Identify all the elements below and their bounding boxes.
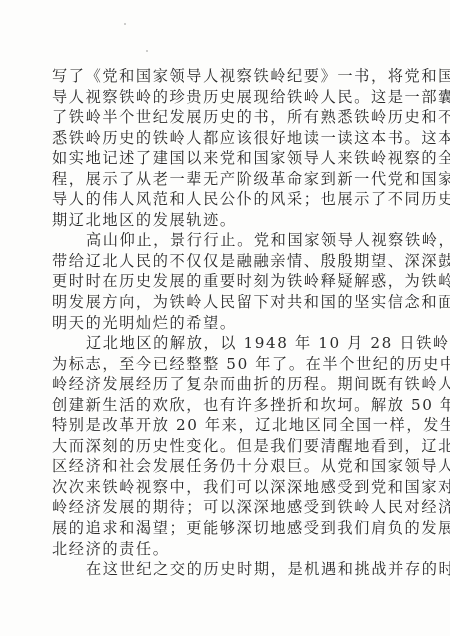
- text-line: 明发展方向，为铁岭人民留下对共和国的坚实信念和面向: [52, 292, 396, 313]
- text-line: 程，展示了从老一辈无产阶级革命家到新一代党和国家领: [52, 169, 396, 190]
- paragraph-1: 写了《党和国家领导人视察铁岭纪要》一书，将党和国家领 导人视察铁岭的珍贵历史展现…: [52, 66, 396, 230]
- text-line: 带给辽北人民的不仅仅是融融亲情、殷殷期望、深深鼓舞，: [52, 251, 396, 272]
- text-line: 辽北地区的解放，以 1948 年 10 月 28 日铁岭县城解放: [52, 333, 396, 354]
- document-body: 写了《党和国家领导人视察铁岭纪要》一书，将党和国家领 导人视察铁岭的珍贵历史展现…: [52, 66, 396, 580]
- text-line: 展的追求和渴望；更能够深切地感受到我们肩负的发展辽: [52, 518, 396, 539]
- text-line: 期辽北地区的发展轨迹。: [52, 210, 396, 231]
- text-line: 大而深刻的历史性变化。但是我们要清醒地看到，辽北地: [52, 436, 396, 457]
- text-line: 岭经济发展的期待；可以深深地感受到铁岭人民对经济发: [52, 497, 396, 518]
- text-line: 明天的光明灿烂的希望。: [52, 313, 396, 334]
- text-line: 特别是改革开放 20 年来，辽北地区同全国一样，发生了巨: [52, 415, 396, 436]
- text-line: 导人视察铁岭的珍贵历史展现给铁岭人民。这是一部囊括: [52, 87, 396, 108]
- text-line: 如实地记述了建国以来党和国家领导人来铁岭视察的全过: [52, 148, 396, 169]
- text-line: 导人的伟人风范和人民公仆的风采；也展示了不同历史时: [52, 189, 396, 210]
- scan-speck: [146, 50, 148, 52]
- text-line: 了铁岭半个世纪发展历史的书，所有熟悉铁岭历史和不熟: [52, 107, 396, 128]
- text-line: 北经济的责任。: [52, 539, 396, 560]
- paragraph-4: 在这世纪之交的历史时期，是机遇和挑战并存的时期。: [52, 559, 396, 580]
- scan-speck: [124, 23, 126, 25]
- text-line: 为标志，至今已经整整 50 年了。在半个世纪的历史中，铁: [52, 354, 396, 375]
- text-line: 在这世纪之交的历史时期，是机遇和挑战并存的时期。: [52, 559, 396, 580]
- paragraph-3: 辽北地区的解放，以 1948 年 10 月 28 日铁岭县城解放 为标志，至今已…: [52, 333, 396, 559]
- text-line: 岭经济发展经历了复杂而曲折的历程。期间既有铁岭人民: [52, 374, 396, 395]
- text-line: 悉铁岭历史的铁岭人都应该很好地读一读这本书。这本书: [52, 128, 396, 149]
- text-line: 次次来铁岭视察中，我们可以深深地感受到党和国家对铁: [52, 477, 396, 498]
- text-line: 区经济和社会发展任务仍十分艰巨。从党和国家领导人一: [52, 456, 396, 477]
- text-line: 写了《党和国家领导人视察铁岭纪要》一书，将党和国家领: [52, 66, 396, 87]
- text-line: 创建新生活的欢欣，也有许多挫折和坎坷。解放 50 年来，: [52, 395, 396, 416]
- paragraph-2: 高山仰止，景行行止。党和国家领导人视察铁岭，他们 带给辽北人民的不仅仅是融融亲情…: [52, 230, 396, 333]
- text-line: 高山仰止，景行行止。党和国家领导人视察铁岭，他们: [52, 230, 396, 251]
- text-line: 更时时在历史发展的重要时刻为铁岭释疑解惑，为铁岭指: [52, 271, 396, 292]
